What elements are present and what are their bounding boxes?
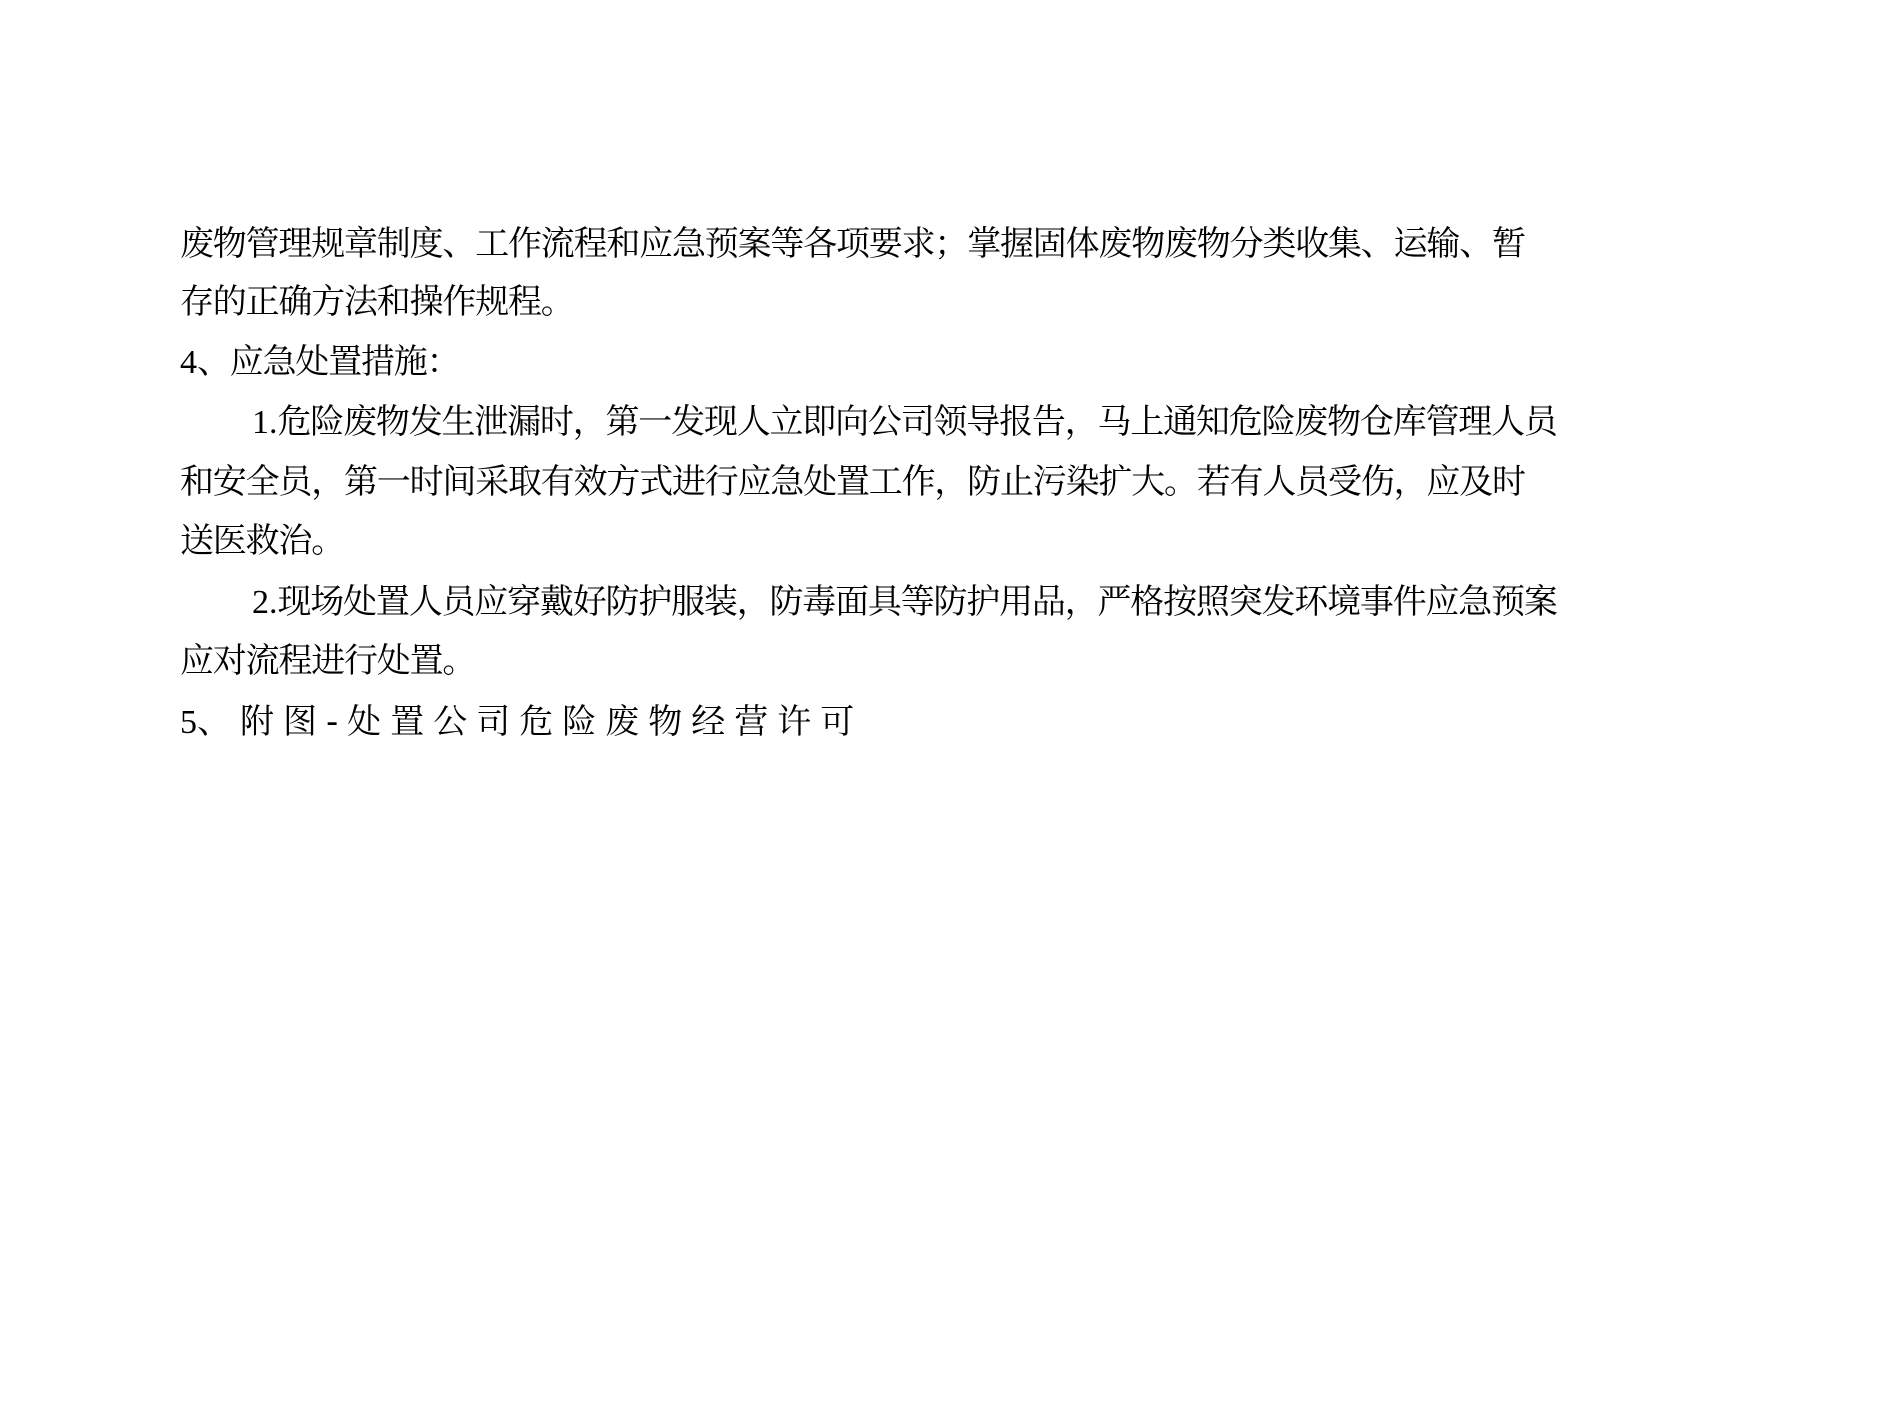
measure-2-line-2: 应对流程进行处置。 — [180, 639, 475, 683]
measure-2-line-1: 2.现场处置人员应穿戴好防护服装，防毒面具等防护用品，严格按照突发环境事件应急预… — [180, 580, 1557, 624]
measure-2-text-1: 现场处置人员应穿戴好防护服装，防毒面具等防护用品，严格按照突发环境事件应急预案 — [278, 582, 1557, 622]
section-5-heading: 5、附图-处置公司危险废物经营许可 — [180, 700, 863, 744]
section-4-heading: 4、应急处置措施： — [180, 340, 459, 384]
document-page: 废物管理规章制度、工作流程和应急预案等各项要求；掌握固体废物废物分类收集、运输、… — [0, 0, 1890, 1417]
measure-1-line-1: 1.危险废物发生泄漏时，第一发现人立即向公司领导报告，马上通知危险废物仓库管理人… — [180, 400, 1557, 444]
measure-2-number: 2. — [252, 584, 278, 621]
section-5-title: 、附图-处置公司危险废物经营许可 — [197, 702, 863, 742]
section-4-title: 、应急处置措施： — [197, 342, 459, 382]
paragraph-training-line-2: 存的正确方法和操作规程。 — [180, 280, 574, 324]
measure-1-line-2: 和安全员，第一时间采取有效方式进行应急处置工作，防止污染扩大。若有人员受伤，应及… — [180, 460, 1525, 504]
section-4-number: 4 — [180, 344, 197, 381]
measure-1-number: 1. — [252, 404, 278, 441]
measure-1-line-3: 送医救治。 — [180, 519, 344, 563]
paragraph-training-line-1: 废物管理规章制度、工作流程和应急预案等各项要求；掌握固体废物废物分类收集、运输、… — [180, 222, 1525, 266]
section-5-number: 5 — [180, 704, 197, 741]
measure-1-text-1: 危险废物发生泄漏时，第一发现人立即向公司领导报告，马上通知危险废物仓库管理人员 — [278, 402, 1557, 442]
